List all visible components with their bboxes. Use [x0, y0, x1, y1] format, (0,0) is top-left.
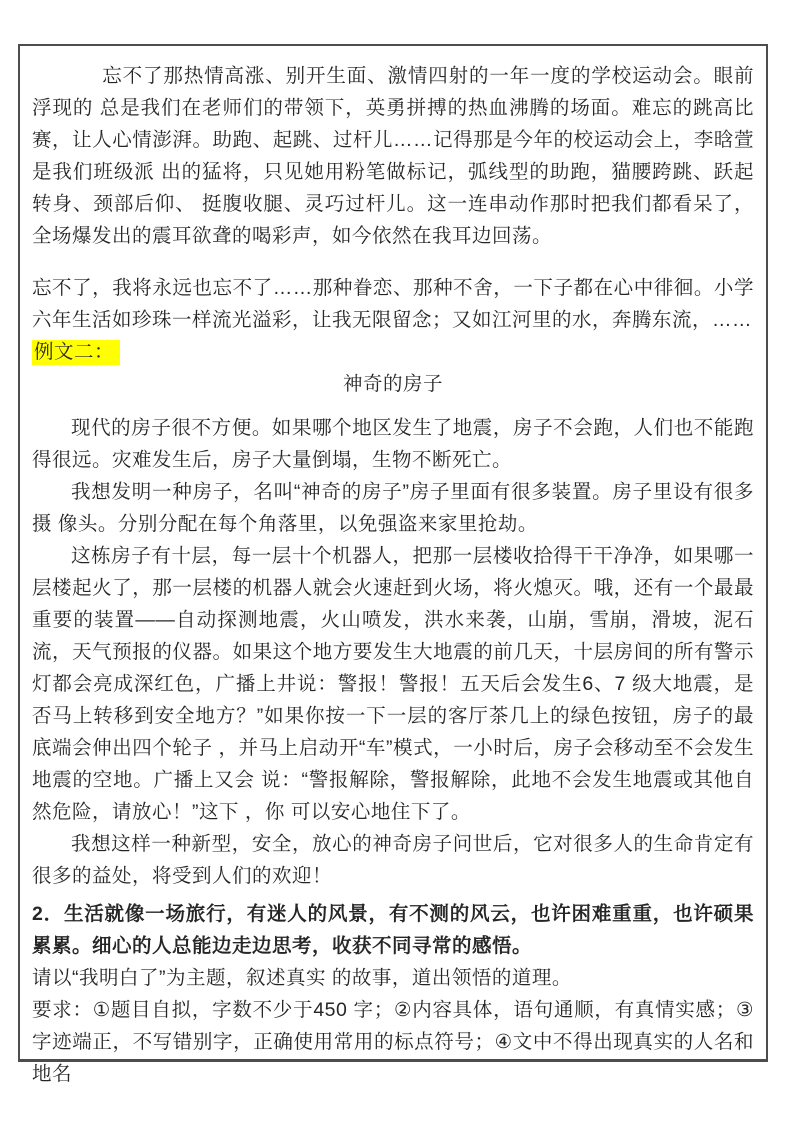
- requirements-text: 要求：①题目自拟，字数不少于450 字；②内容具体，语句通顺，有真情实感；③字迹…: [32, 994, 754, 1090]
- paragraph-conclusion: 我想这样一种新型，安全，放心的神奇房子问世后，它对很多人的生命肯定有很多的益处，…: [32, 828, 754, 892]
- paragraph-unforgettable: 忘不了，我将永远也忘不了……那种眷恋、那种不舍，一下子都在心中徘徊。小学六年生活…: [32, 272, 754, 336]
- paragraph-modern-house: 现代的房子很不方便。如果哪个地区发生了地震，房子不会跑，人们也不能跑得很远。灾难…: [32, 412, 754, 476]
- essay-title: 神奇的房子: [32, 368, 754, 400]
- content-frame: 忘不了那热情高涨、别开生面、激情四射的一年一度的学校运动会。眼前浮现的 总是我们…: [18, 44, 768, 1062]
- prompt-question-2: 2．生活就像一场旅行，有迷人的风景，有不测的风云，也许困难重重，也许硕果累累。细…: [32, 898, 754, 962]
- paragraph-ten-floors: 这栋房子有十层，每一层十个机器人，把那一层楼收拾得干干净净，如果哪一层楼起火了，…: [32, 540, 754, 828]
- paragraph-invention: 我想发明一种房子，名叫“神奇的房子”房子里面有很多装置。房子里设有很多摄 像头。…: [32, 476, 754, 540]
- paragraph-sports-meet: 忘不了那热情高涨、别开生面、激情四射的一年一度的学校运动会。眼前浮现的 总是我们…: [32, 60, 754, 252]
- theme-instruction: 请以“我明白了”为主题，叙述真实 的故事，道出领悟的道理。: [32, 962, 754, 994]
- example-two-line: 例文二：: [32, 336, 754, 368]
- document-page: 忘不了那热情高涨、别开生面、激情四射的一年一度的学校运动会。眼前浮现的 总是我们…: [0, 0, 793, 1122]
- example-two-highlight: 例文二：: [32, 340, 120, 365]
